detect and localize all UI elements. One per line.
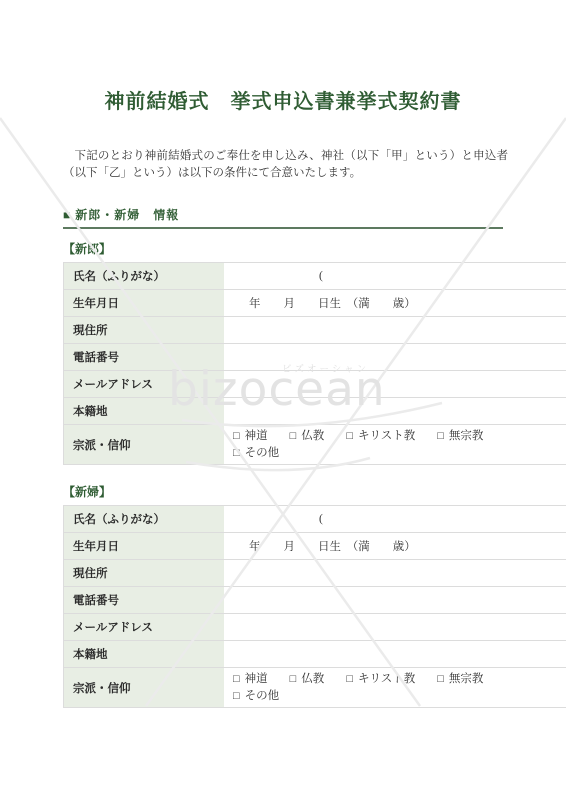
checkbox-option[interactable]: □無宗教 <box>437 428 483 445</box>
checkbox-line: □その他 <box>224 445 566 462</box>
checkbox-option[interactable]: □仏教 <box>290 428 325 445</box>
checkbox-option[interactable]: □キリスト教 <box>346 428 415 445</box>
checkbox-label: その他 <box>245 447 280 459</box>
form-row: 本籍地 <box>64 398 566 425</box>
row-label: 氏名（ふりがな） <box>64 263 225 290</box>
checkbox-option[interactable]: □仏教 <box>290 671 325 688</box>
row-label: 宗派・信仰 <box>64 668 225 708</box>
form-row: 宗派・信仰□神道□仏教□キリスト教□無宗教□その他 <box>64 668 566 708</box>
input-cell[interactable] <box>224 344 566 371</box>
input-cell[interactable] <box>224 371 566 398</box>
input-cell[interactable] <box>224 614 566 641</box>
input-cell[interactable]: () <box>224 506 566 533</box>
checkbox-icon: □ <box>290 673 297 685</box>
row-label: 生年月日 <box>64 290 225 317</box>
checkbox-icon: □ <box>437 673 444 685</box>
paren-open: ( <box>319 270 323 282</box>
row-label: 本籍地 <box>64 398 225 425</box>
checkbox-label: 無宗教 <box>449 673 484 685</box>
row-label: メールアドレス <box>64 614 225 641</box>
input-cell[interactable] <box>224 560 566 587</box>
checkbox-label: その他 <box>245 690 280 702</box>
form-row: 現住所 <box>64 317 566 344</box>
input-cell[interactable]: () <box>224 263 566 290</box>
form-row: 電話番号 <box>64 344 566 371</box>
input-cell[interactable] <box>224 641 566 668</box>
checkbox-icon: □ <box>346 673 353 685</box>
checkbox-label: 神道 <box>245 673 268 685</box>
form-row: 氏名（ふりがな）() <box>64 263 566 290</box>
input-cell[interactable] <box>224 317 566 344</box>
row-label: 現住所 <box>64 560 225 587</box>
checkbox-option[interactable]: □無宗教 <box>437 671 483 688</box>
row-label: 現住所 <box>64 317 225 344</box>
checkbox-label: キリスト教 <box>358 430 415 442</box>
form-row: 生年月日年 月 日生 （満 歳） <box>64 290 566 317</box>
groom-heading: 【新郎】 <box>63 242 503 257</box>
form-row: メールアドレス <box>64 614 566 641</box>
checkbox-icon: □ <box>233 690 240 702</box>
form-row: 生年月日年 月 日生 （満 歳） <box>64 533 566 560</box>
checkbox-icon: □ <box>437 430 444 442</box>
form-row: 本籍地 <box>64 641 566 668</box>
paren-open: ( <box>319 513 323 525</box>
checkbox-option[interactable]: □キリスト教 <box>346 671 415 688</box>
checkbox-line: □その他 <box>224 688 566 705</box>
checkbox-label: 無宗教 <box>449 430 484 442</box>
input-cell[interactable] <box>224 587 566 614</box>
groom-section: 【新郎】 氏名（ふりがな）()生年月日年 月 日生 （満 歳）現住所電話番号メー… <box>63 242 503 465</box>
checkbox-icon: □ <box>233 430 240 442</box>
checkbox-option[interactable]: □神道 <box>233 428 268 445</box>
checkbox-cell[interactable]: □神道□仏教□キリスト教□無宗教□その他 <box>224 668 566 708</box>
form-row: 電話番号 <box>64 587 566 614</box>
input-cell[interactable] <box>224 398 566 425</box>
checkbox-line: □神道□仏教□キリスト教□無宗教 <box>224 428 566 445</box>
row-label: 本籍地 <box>64 641 225 668</box>
input-cell[interactable]: 年 月 日生 （満 歳） <box>224 533 566 560</box>
row-label: 生年月日 <box>64 533 225 560</box>
checkbox-label: 神道 <box>245 430 268 442</box>
document-page: 神前結婚式 挙式申込書兼挙式契約書 下記のとおり神前結婚式のご奉仕を申し込み、神… <box>0 0 566 800</box>
checkbox-line: □神道□仏教□キリスト教□無宗教 <box>224 671 566 688</box>
form-row: 宗派・信仰□神道□仏教□キリスト教□無宗教□その他 <box>64 425 566 465</box>
form-row: 氏名（ふりがな）() <box>64 506 566 533</box>
checkbox-option[interactable]: □その他 <box>233 445 279 462</box>
bride-heading: 【新婦】 <box>63 485 503 500</box>
form-row: 現住所 <box>64 560 566 587</box>
page-title: 神前結婚式 挙式申込書兼挙式契約書 <box>0 0 566 116</box>
checkbox-option[interactable]: □神道 <box>233 671 268 688</box>
groom-form-table: 氏名（ふりがな）()生年月日年 月 日生 （満 歳）現住所電話番号メールアドレス… <box>63 262 566 465</box>
checkbox-option[interactable]: □その他 <box>233 688 279 705</box>
form-row: メールアドレス <box>64 371 566 398</box>
checkbox-icon: □ <box>346 430 353 442</box>
row-label: 電話番号 <box>64 344 225 371</box>
bride-section: 【新婦】 氏名（ふりがな）()生年月日年 月 日生 （満 歳）現住所電話番号メー… <box>63 485 503 708</box>
row-label: メールアドレス <box>64 371 225 398</box>
checkbox-icon: □ <box>233 447 240 459</box>
checkbox-label: 仏教 <box>301 673 324 685</box>
row-label: 電話番号 <box>64 587 225 614</box>
section-header: ■ 新郎・新婦 情報 <box>63 208 503 229</box>
bride-form-table: 氏名（ふりがな）()生年月日年 月 日生 （満 歳）現住所電話番号メールアドレス… <box>63 505 566 708</box>
checkbox-cell[interactable]: □神道□仏教□キリスト教□無宗教□その他 <box>224 425 566 465</box>
checkbox-label: キリスト教 <box>358 673 415 685</box>
intro-paragraph: 下記のとおり神前結婚式のご奉仕を申し込み、神社（以下「甲」という）と申込者（以下… <box>63 148 508 182</box>
checkbox-icon: □ <box>233 673 240 685</box>
checkbox-icon: □ <box>290 430 297 442</box>
input-cell[interactable]: 年 月 日生 （満 歳） <box>224 290 566 317</box>
row-label: 宗派・信仰 <box>64 425 225 465</box>
checkbox-label: 仏教 <box>301 430 324 442</box>
row-label: 氏名（ふりがな） <box>64 506 225 533</box>
